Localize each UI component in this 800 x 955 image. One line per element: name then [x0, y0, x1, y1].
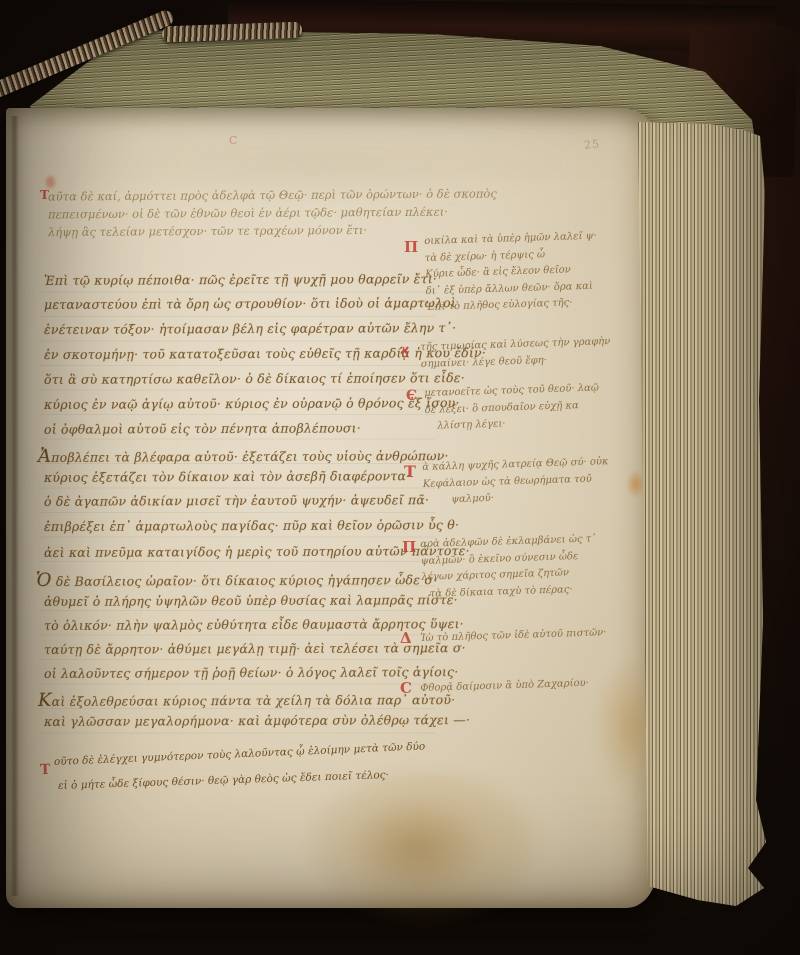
manuscript-photo: C 25 Τ αῦτα δὲ καί, ἁρμόττει πρὸς ἀδελφὰ… — [0, 0, 800, 955]
margin-note: ὰ κάλλη ψυχῆς λατρείᾳ Θεῷ σύ· οὐκ Κεφάλα… — [422, 454, 610, 509]
stain — [348, 798, 483, 896]
text-line: κύριος ἐν ναῷ ἁγίῳ αὐτοῦ· κύριος ἐν οὐρα… — [44, 395, 460, 412]
text-line: κύριος ἐξετάζει τὸν δίκαιον καὶ τὸν ἀσεβ… — [44, 468, 410, 485]
text-line: ἀθυμεῖ ὁ πλήρης ὑψηλῶν θεοῦ ὑπὲρ θυσίας … — [44, 592, 458, 609]
fore-edge-page-stack — [638, 100, 768, 912]
text-line: Ἐπὶ τῷ κυρίῳ πέποιθα· πῶς ἐρεῖτε τῇ ψυχῇ… — [44, 271, 437, 288]
text-line: Ὁ δὲ Βασίλειος ὡραῖον· ὅτι δίκαιος κύριο… — [36, 568, 437, 591]
text-line: οἱ ὀφθαλμοὶ αὐτοῦ εἰς τὸν πένητα ἀποβλέπ… — [44, 420, 361, 436]
rubric-initial: Ϲ — [400, 679, 412, 697]
margin-note: αρὰ ἀδελφῶν δὲ ἐκλαμβάνει ὡς τ᾽ ψαλμῶν· … — [420, 531, 598, 602]
rubric-initial: ϗ — [400, 342, 409, 358]
text-line: πεπεισμένων· οἱ δὲ τῶν ἐθνῶν θεοὶ ἐν ἀέρ… — [48, 205, 448, 222]
text-line: αῦτα δὲ καί, ἁρμόττει πρὸς ἀδελφὰ τῷ Θεῷ… — [48, 186, 497, 203]
rubric-initial: Є — [406, 388, 417, 404]
text-line: ἐνέτειναν τόξον· ἡτοίμασαν βέλη εἰς φαρέ… — [44, 320, 456, 337]
rubric-initial: Τ — [40, 188, 49, 202]
text-line: Ἀποβλέπει τὰ βλέφαρα αὐτοῦ· ἐξετάζει τοὺ… — [38, 444, 449, 467]
margin-note: τῆς τιμωρίας καὶ λύσεως τὴν γραφὴν σημαί… — [420, 334, 611, 373]
quire-mark: C — [229, 134, 237, 147]
gutter-fold-shadow — [10, 116, 19, 896]
text-line: ψαλμοῦ· — [451, 487, 610, 508]
rubric-initial: Π — [402, 538, 416, 556]
folio-number: 25 — [583, 137, 600, 152]
text-line: ἐπιβρέξει ἐπ᾽ ἁμαρτωλοὺς παγίδας· πῦρ κα… — [44, 517, 459, 534]
text-line: Καὶ ἐξολεθρεύσαι κύριος πάντα τὰ χείλη τ… — [38, 688, 455, 711]
text-line: λήψῃ ἃς τελείαν μετέσχον· τῶν τε τραχέων… — [48, 223, 367, 239]
red-smudge — [46, 176, 55, 188]
rubric-initial: Π — [404, 238, 418, 256]
parchment-page: C 25 Τ αῦτα δὲ καί, ἁρμόττει πρὸς ἀδελφὰ… — [6, 108, 656, 908]
text-line: ὅτι ἃ σὺ κατηρτίσω καθεῖλον· ὁ δὲ δίκαιο… — [44, 370, 465, 387]
text-line: ὁ δὲ ἀγαπῶν ἀδικίαν μισεῖ τὴν ἑαυτοῦ ψυχ… — [44, 492, 429, 509]
stain — [306, 768, 541, 923]
margin-note: οικίλα καὶ τὰ ὑπὲρ ἡμῶν λαλεῖ ψ· τὰ δὲ χ… — [424, 229, 599, 317]
rubric-initial: Τ — [40, 762, 51, 778]
text-line: μεταναστεύου ἐπὶ τὰ ὄρη ὡς στρουθίον· ὅτ… — [44, 295, 456, 312]
margin-note: μετανοεῖτε ὡς τοὺς τοῦ θεοῦ· λαῷ δὲ λέξε… — [424, 381, 600, 436]
text-line: οἱ λαλοῦντες σήμερον τῇ ῥοῇ θείων· ὁ λόγ… — [44, 664, 458, 681]
text-line: εἰ ὁ μήτε ὧδε ξίφους θέσιν· θεῷ γὰρ θεὸς… — [58, 769, 389, 792]
text-line: καὶ γλῶσσαν μεγαλορήμονα· καὶ ἀμφότερα σ… — [44, 712, 470, 729]
rubric-initial: Δ — [400, 629, 412, 647]
rubric-initial: Τ — [404, 462, 416, 481]
text-line: οῦτο δὲ ἐλέγχει γυμνότερον τοὺς λαλοῦντα… — [54, 740, 426, 768]
